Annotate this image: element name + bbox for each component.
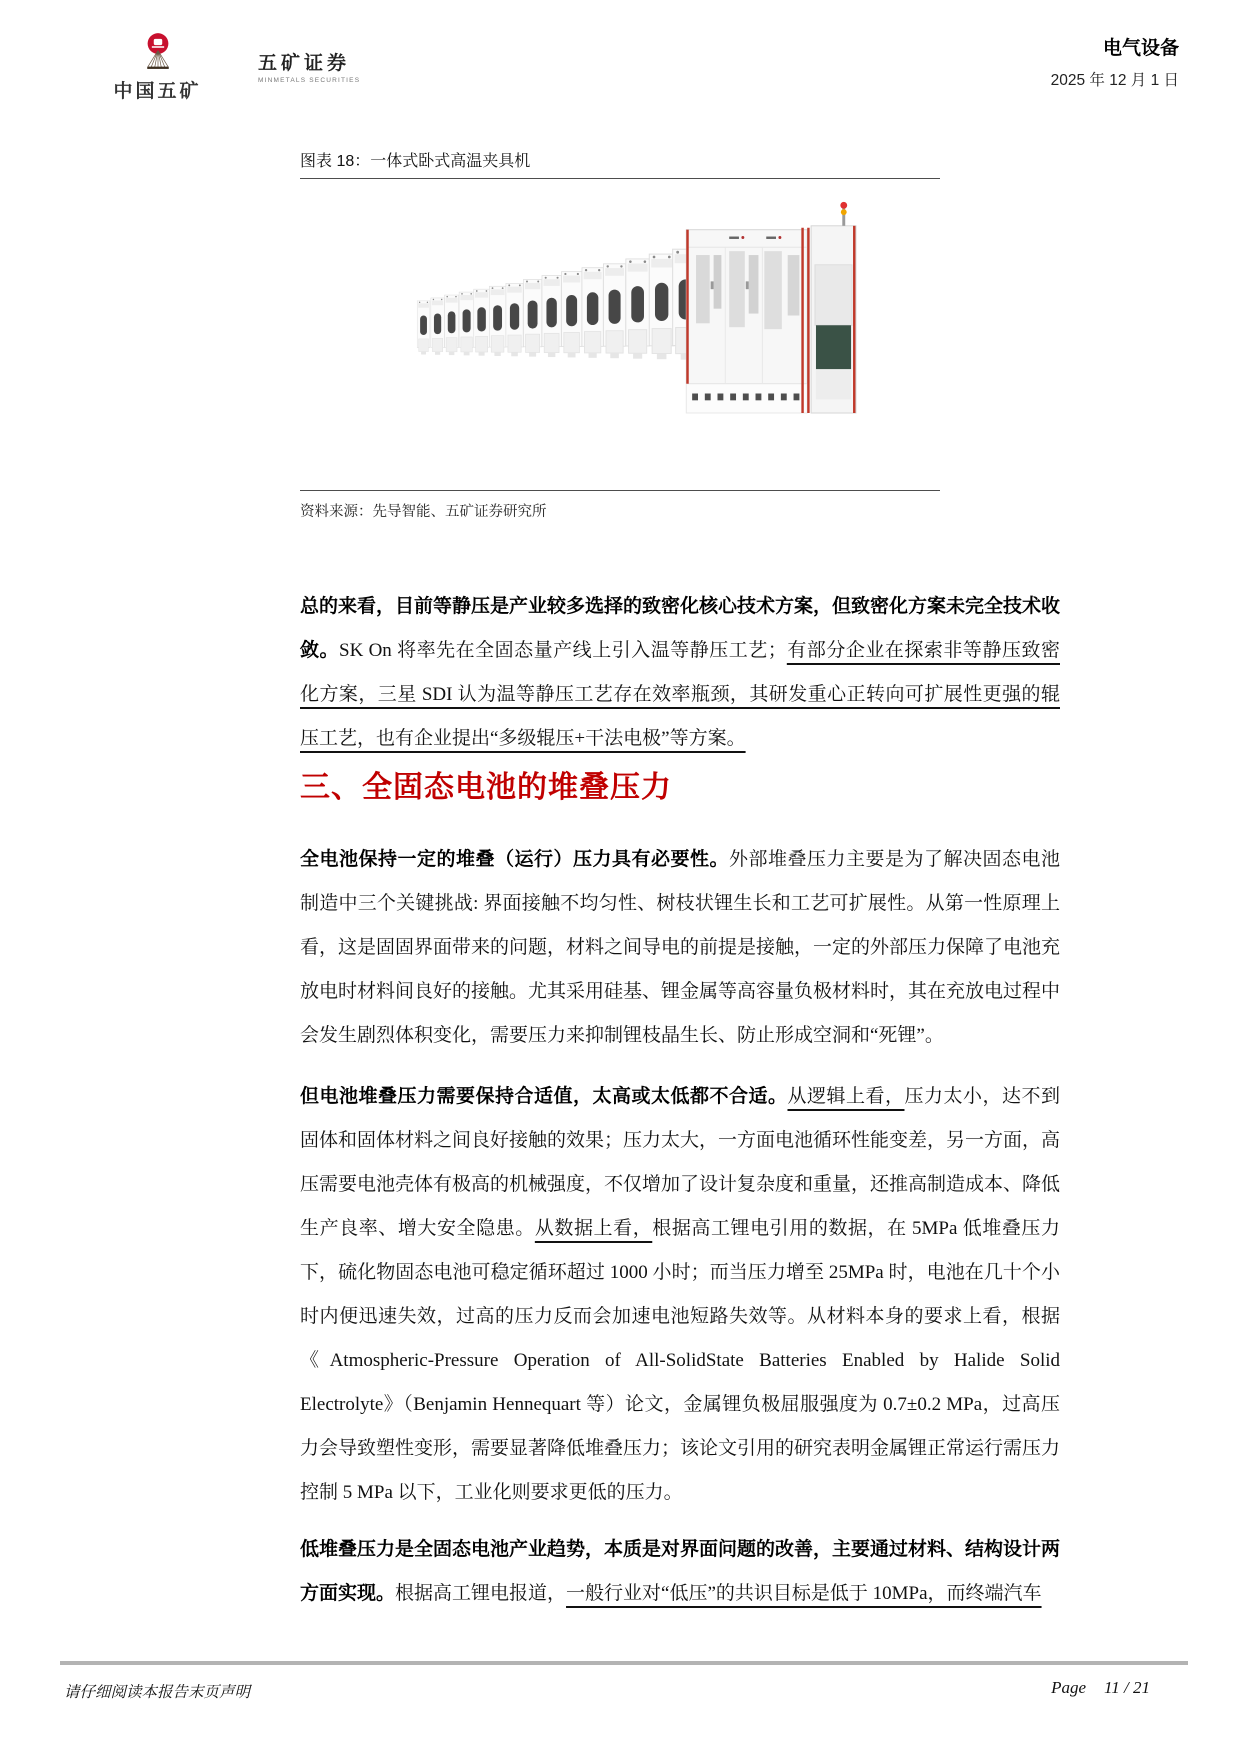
machine-image: [300, 179, 940, 491]
text-segment: 全电池保持一定的堆叠（运行）压力具有必要性。: [300, 849, 729, 870]
securities-brand: 五矿证券 MINMETALS SECURITIES: [258, 48, 360, 84]
minmetals-emblem-icon: [141, 32, 175, 72]
footer-divider: [60, 1661, 1188, 1665]
report-header-meta: 电气设备 2025 年 12 月 1 日: [1051, 33, 1179, 90]
report-page: 中国五矿 五矿证券 MINMETALS SECURITIES 电气设备 2025…: [0, 0, 1241, 1754]
section-heading: 三、全固态电池的堆叠压力: [300, 770, 1060, 806]
logo-org-name: 中国五矿: [75, 76, 240, 103]
page-indicator: Page11 / 21: [1051, 1678, 1150, 1698]
company-logo: 中国五矿: [75, 32, 240, 103]
report-date: 2025 年 12 月 1 日: [1051, 68, 1179, 90]
figure-source: 资料来源：先导智能、五矿证券研究所: [300, 500, 940, 521]
figure-18: 图表 18：一体式卧式高温夹具机: [300, 148, 940, 521]
text-segment: 根据高工锂电报道，: [395, 1583, 566, 1604]
text-segment: 但电池堆叠压力需要保持合适值，太高或太低都不合适。: [300, 1086, 787, 1107]
brand-name-en: MINMETALS SECURITIES: [258, 77, 360, 84]
text-segment: 压力太小，达不到固体和固体材料之间良好接触的效果；压力太大，一方面电池循环性能变…: [300, 1086, 1060, 1239]
paragraph-3: 但电池堆叠压力需要保持合适值，太高或太低都不合适。从逻辑上看，压力太小，达不到固…: [300, 1075, 1060, 1515]
text-segment: 从逻辑上看，: [787, 1086, 904, 1107]
paragraph-1: 总的来看，目前等静压是产业较多选择的致密化核心技术方案，但致密化方案未完全技术收…: [300, 585, 1060, 761]
text-segment: 根据高工锂电引用的数据，在 5MPa 低堆叠压力下，硫化物固态电池可稳定循环超过…: [300, 1218, 1060, 1503]
text-segment: 外部堆叠压力主要是为了解决固态电池制造中三个关键挑战: 界面接触不均匀性、树枝状…: [300, 849, 1060, 1046]
footer-disclaimer: 请仔细阅读本报告末页声明: [64, 1680, 250, 1702]
text-segment: 从数据上看，: [535, 1218, 652, 1239]
industry-category: 电气设备: [1051, 33, 1179, 60]
text-segment: 一般行业对“低压”的共识目标是低于 10MPa，而终端汽车: [566, 1583, 1042, 1604]
paragraph-4: 低堆叠压力是全固态电池产业趋势，本质是对界面问题的改善，主要通过材料、结构设计两…: [300, 1528, 1060, 1616]
paragraph-2: 全电池保持一定的堆叠（运行）压力具有必要性。外部堆叠压力主要是为了解决固态电池制…: [300, 838, 1060, 1058]
figure-caption: 图表 18：一体式卧式高温夹具机: [300, 148, 940, 179]
page-label: Page: [1051, 1678, 1086, 1697]
page-number: 11 / 21: [1104, 1678, 1150, 1697]
text-segment: SK On 将率先在全固态量产线上引入温等静压工艺；: [339, 640, 787, 661]
brand-name-cn: 五矿证券: [258, 48, 360, 75]
figure-image-area: [300, 179, 940, 491]
